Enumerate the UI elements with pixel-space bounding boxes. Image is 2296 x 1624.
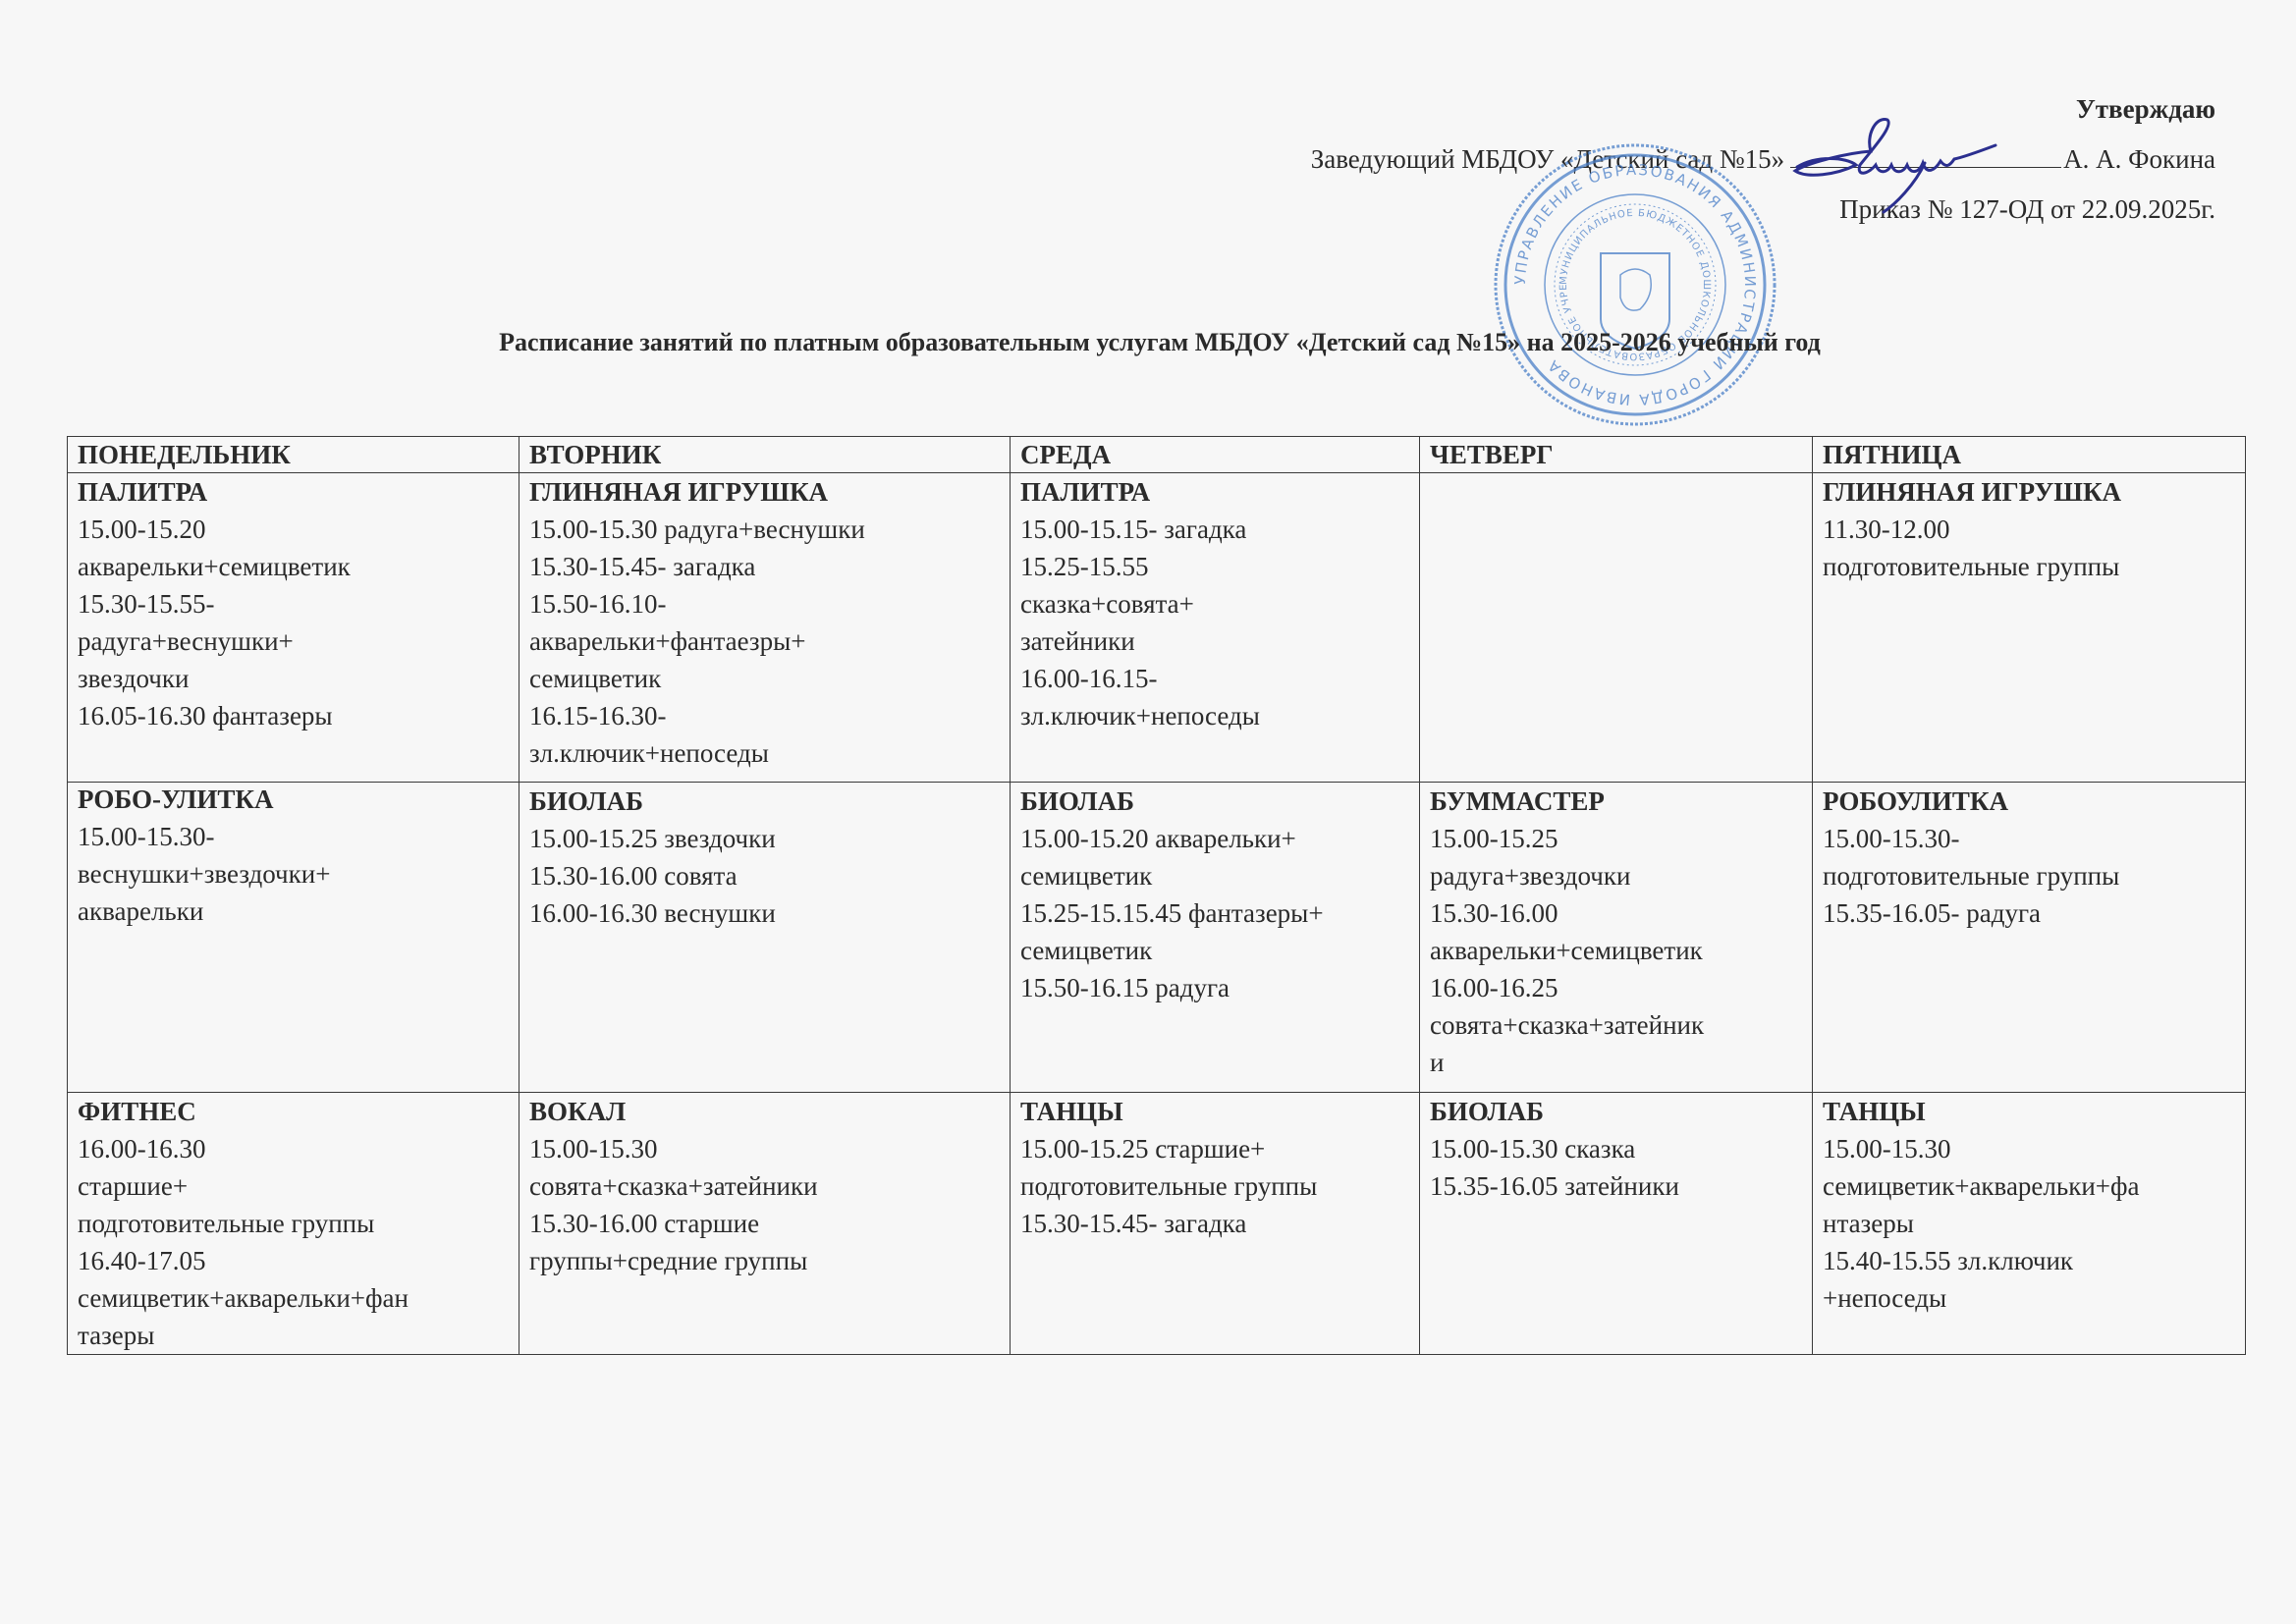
approval-title: Утверждаю (1311, 96, 2215, 123)
activity-time-group: семицветик (1020, 857, 1413, 894)
activity-name: ВОКАЛ (529, 1093, 1004, 1130)
day-header-friday: ПЯТНИЦА (1813, 437, 2246, 473)
activity-time-group: радуга+звездочки (1430, 857, 1806, 894)
schedule-cell-friday: ТАНЦЫ15.00-15.30семицветик+акварельки+фа… (1813, 1093, 2246, 1355)
activity-time-group: 15.25-15.15.45 фантазеры+ (1020, 894, 1413, 932)
activity-name: ТАНЦЫ (1020, 1093, 1413, 1130)
activity-name: ГЛИНЯНАЯ ИГРУШКА (529, 473, 1004, 511)
activity-time-group: 15.30-16.00 совята (529, 857, 1004, 894)
activity-name: БИОЛАБ (1020, 783, 1413, 820)
activity-time-group: акварельки (78, 893, 513, 930)
activity-time-group: 16.15-16.30- (529, 697, 1004, 734)
activity-time-group: 15.50-16.10- (529, 585, 1004, 623)
schedule-row: ФИТНЕС16.00-16.30старшие+подготовительны… (68, 1093, 2246, 1355)
activity-time-group: тазеры (78, 1317, 513, 1354)
activity-name: РОБОУЛИТКА (1823, 783, 2239, 820)
activity-time-group: звездочки (78, 660, 513, 697)
schedule-row: ПАЛИТРА15.00-15.20акварельки+семицветик1… (68, 473, 2246, 783)
activity-time-group: 15.35-16.05 затейники (1430, 1167, 1806, 1205)
activity-name: ПАЛИТРА (1020, 473, 1413, 511)
activity-time-group: 15.00-15.15- загадка (1020, 511, 1413, 548)
activity-name: БИОЛАБ (1430, 1093, 1806, 1130)
activity-name: РОБО-УЛИТКА (78, 781, 513, 818)
activity-time-group: акварельки+семицветик (1430, 932, 1806, 969)
schedule-cell-friday: РОБОУЛИТКА15.00-15.30-подготовительные г… (1813, 783, 2246, 1093)
activity-time-group: семицветик+акварельки+фан (78, 1279, 513, 1317)
activity-time-group: 15.30-16.00 (1430, 894, 1806, 932)
schedule-row: РОБО-УЛИТКА15.00-15.30-веснушки+звездочк… (68, 783, 2246, 1093)
schedule-cell-monday: ФИТНЕС16.00-16.30старшие+подготовительны… (68, 1093, 519, 1355)
activity-name: ГЛИНЯНАЯ ИГРУШКА (1823, 473, 2239, 511)
schedule-cell-wednesday: ПАЛИТРА15.00-15.15- загадка15.25-15.55ск… (1011, 473, 1420, 783)
activity-time-group: совята+сказка+затейник (1430, 1006, 1806, 1044)
activity-time-group: 15.00-15.25 (1430, 820, 1806, 857)
activity-time-group: старшие+ (78, 1167, 513, 1205)
activity-name: БУММАСТЕР (1430, 783, 1806, 820)
schedule-table: ПОНЕДЕЛЬНИК ВТОРНИК СРЕДА ЧЕТВЕРГ ПЯТНИЦ… (67, 436, 2246, 1355)
schedule-cell-tuesday: ВОКАЛ15.00-15.30совята+сказка+затейники1… (519, 1093, 1011, 1355)
activity-time-group: 15.30-15.45- загадка (529, 548, 1004, 585)
activity-time-group: 15.00-15.30 радуга+веснушки (529, 511, 1004, 548)
day-header-wednesday: СРЕДА (1011, 437, 1420, 473)
activity-time-group: семицветик (529, 660, 1004, 697)
activity-time-group: 15.25-15.55 (1020, 548, 1413, 585)
day-header-tuesday: ВТОРНИК (519, 437, 1011, 473)
activity-time-group: зл.ключик+непоседы (1020, 697, 1413, 734)
activity-time-group: и (1430, 1044, 1806, 1081)
approval-signatory-line: Заведующий МБДОУ «Детский сад №15»А. А. … (1311, 145, 2215, 173)
activity-time-group: веснушки+звездочки+ (78, 855, 513, 893)
activity-time-group: 16.00-16.25 (1430, 969, 1806, 1006)
activity-time-group: 16.00-16.15- (1020, 660, 1413, 697)
activity-time-group: подготовительные группы (1823, 548, 2239, 585)
schedule-cell-wednesday: ТАНЦЫ15.00-15.25 старшие+подготовительны… (1011, 1093, 1420, 1355)
activity-time-group: 15.00-15.30 (529, 1130, 1004, 1167)
activity-time-group: акварельки+фантаезры+ (529, 623, 1004, 660)
activity-time-group: 15.40-15.55 зл.ключик (1823, 1242, 2239, 1279)
document-title: Расписание занятий по платным образовате… (0, 328, 2296, 357)
activity-time-group: семицветик+акварельки+фа (1823, 1167, 2239, 1205)
activity-time-group: нтазеры (1823, 1205, 2239, 1242)
schedule-cell-tuesday: ГЛИНЯНАЯ ИГРУШКА15.00-15.30 радуга+весну… (519, 473, 1011, 783)
activity-time-group: 15.00-15.25 звездочки (529, 820, 1004, 857)
activity-time-group: 11.30-12.00 (1823, 511, 2239, 548)
approval-order: Приказ № 127-ОД от 22.09.2025г. (1311, 196, 2215, 223)
schedule-cell-monday: ПАЛИТРА15.00-15.20акварельки+семицветик1… (68, 473, 519, 783)
schedule-cell-wednesday: БИОЛАБ15.00-15.20 акварельки+семицветик1… (1011, 783, 1420, 1093)
activity-time-group: 15.00-15.30 сказка (1430, 1130, 1806, 1167)
schedule-cell-thursday: БИОЛАБ15.00-15.30 сказка15.35-16.05 зате… (1420, 1093, 1813, 1355)
activity-time-group: 15.00-15.25 старшие+ (1020, 1130, 1413, 1167)
activity-time-group: подготовительные группы (78, 1205, 513, 1242)
activity-time-group: 15.35-16.05- радуга (1823, 894, 2239, 932)
activity-time-group: 15.00-15.30- (1823, 820, 2239, 857)
activity-time-group: совята+сказка+затейники (529, 1167, 1004, 1205)
activity-time-group: радуга+веснушки+ (78, 623, 513, 660)
activity-time-group: 16.00-16.30 (78, 1130, 513, 1167)
activity-name: ФИТНЕС (78, 1093, 513, 1130)
activity-time-group: 15.50-16.15 радуга (1020, 969, 1413, 1006)
approval-name: А. А. Фокина (2063, 144, 2215, 174)
day-header-thursday: ЧЕТВЕРГ (1420, 437, 1813, 473)
activity-time-group: акварельки+семицветик (78, 548, 513, 585)
activity-time-group: 15.30-16.00 старшие (529, 1205, 1004, 1242)
activity-time-group: 15.00-15.30 (1823, 1130, 2239, 1167)
schedule-header-row: ПОНЕДЕЛЬНИК ВТОРНИК СРЕДА ЧЕТВЕРГ ПЯТНИЦ… (68, 437, 2246, 473)
schedule-cell-thursday: БУММАСТЕР15.00-15.25радуга+звездочки15.3… (1420, 783, 1813, 1093)
approval-position: Заведующий МБДОУ «Детский сад №15» (1311, 144, 1784, 174)
activity-time-group: 15.00-15.20 акварельки+ (1020, 820, 1413, 857)
activity-name: ТАНЦЫ (1823, 1093, 2239, 1130)
activity-time-group: +непоседы (1823, 1279, 2239, 1317)
schedule-cell-monday: РОБО-УЛИТКА15.00-15.30-веснушки+звездочк… (68, 783, 519, 1093)
activity-time-group: 15.00-15.30- (78, 818, 513, 855)
activity-time-group: 15.30-15.45- загадка (1020, 1205, 1413, 1242)
activity-time-group: 15.00-15.20 (78, 511, 513, 548)
activity-time-group: 16.05-16.30 фантазеры (78, 697, 513, 734)
activity-time-group: зл.ключик+непоседы (529, 734, 1004, 772)
activity-time-group: 15.30-15.55- (78, 585, 513, 623)
activity-time-group: подготовительные группы (1823, 857, 2239, 894)
activity-name: ПАЛИТРА (78, 473, 513, 511)
activity-name: БИОЛАБ (529, 783, 1004, 820)
schedule-cell-friday: ГЛИНЯНАЯ ИГРУШКА11.30-12.00подготовитель… (1813, 473, 2246, 783)
activity-time-group: 16.40-17.05 (78, 1242, 513, 1279)
activity-time-group: группы+средние группы (529, 1242, 1004, 1279)
activity-time-group: семицветик (1020, 932, 1413, 969)
approval-block: Утверждаю Заведующий МБДОУ «Детский сад … (1311, 96, 2215, 246)
signature-line (1790, 145, 2061, 168)
schedule-cell-tuesday: БИОЛАБ15.00-15.25 звездочки15.30-16.00 с… (519, 783, 1011, 1093)
activity-time-group: сказка+совята+ (1020, 585, 1413, 623)
schedule-cell-thursday (1420, 473, 1813, 783)
activity-time-group: затейники (1020, 623, 1413, 660)
day-header-monday: ПОНЕДЕЛЬНИК (68, 437, 519, 473)
activity-time-group: подготовительные группы (1020, 1167, 1413, 1205)
activity-time-group: 16.00-16.30 веснушки (529, 894, 1004, 932)
